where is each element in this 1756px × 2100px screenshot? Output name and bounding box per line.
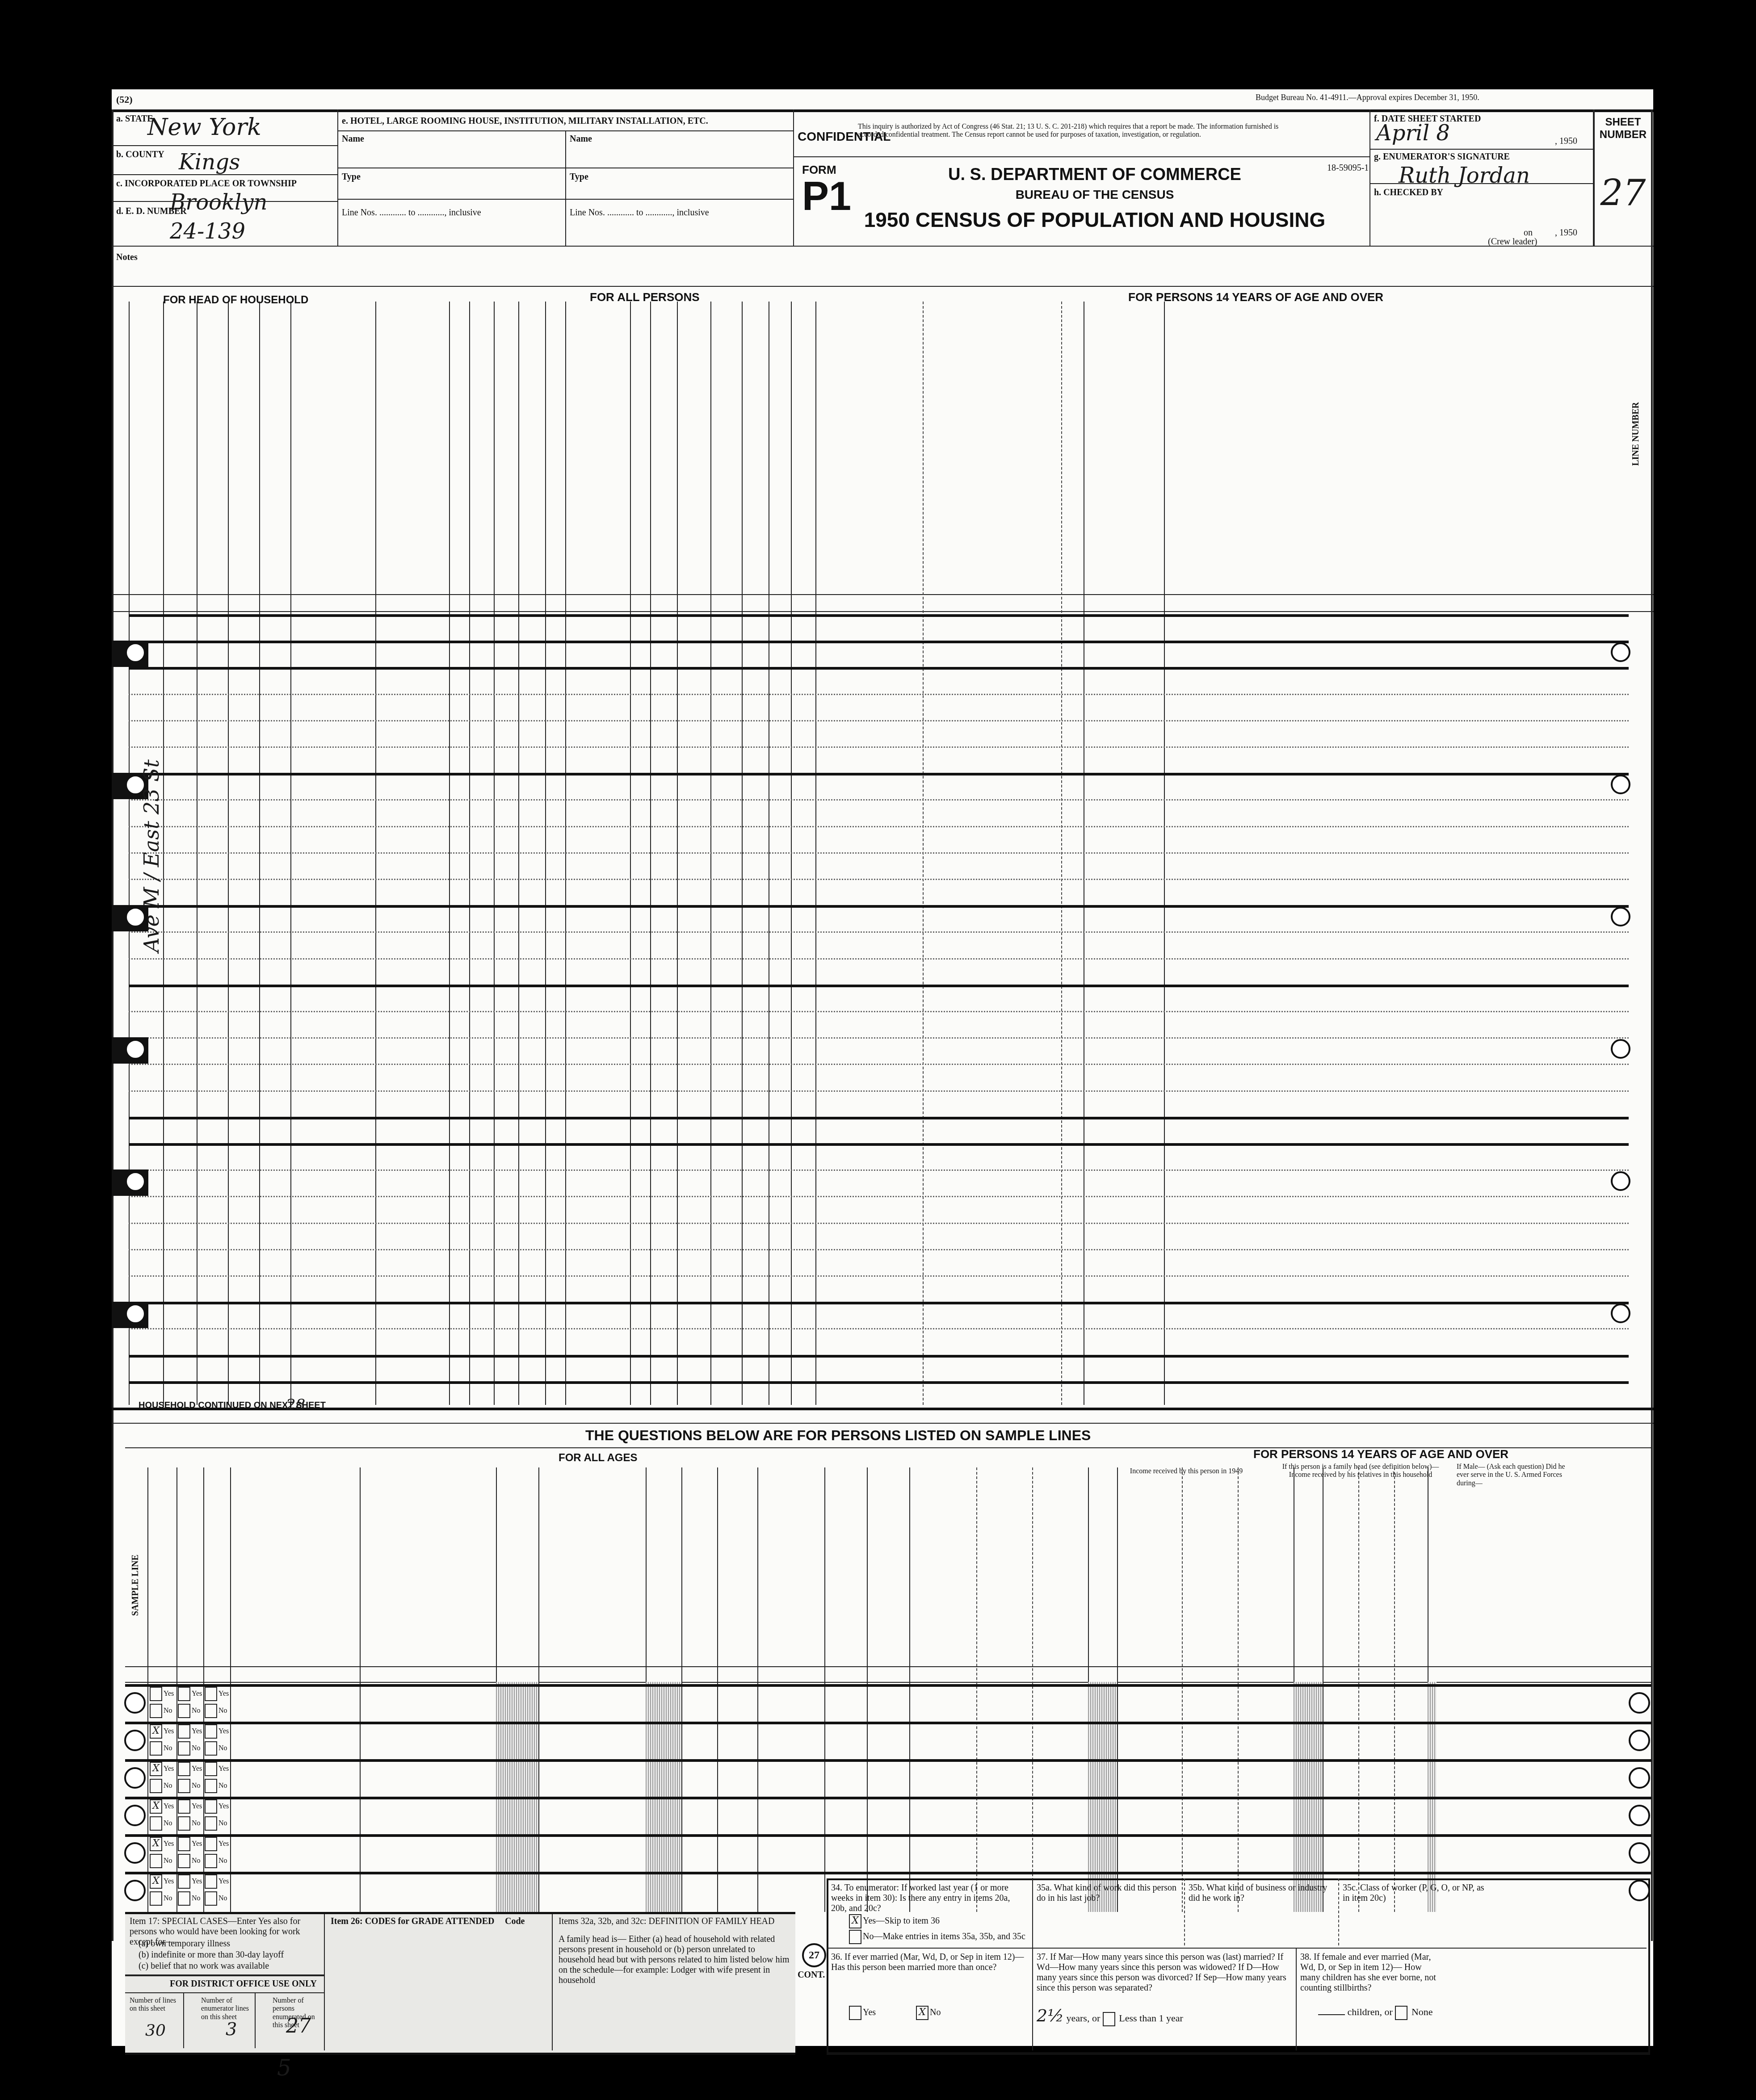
table-bottom <box>112 1408 1653 1410</box>
yes-option[interactable]: Yes <box>205 1799 229 1814</box>
no-checkbox[interactable] <box>205 1891 217 1906</box>
q36-yes-option[interactable]: Yes <box>849 2006 876 2020</box>
table-row[interactable] <box>112 879 1653 905</box>
yes-option[interactable]: Yes <box>205 1874 229 1889</box>
table-row[interactable] <box>112 1064 1653 1090</box>
table-row[interactable] <box>112 826 1653 852</box>
section-14-over: FOR PERSONS 14 YEARS OF AGE AND OVER <box>1128 290 1383 304</box>
q35c-text: 35c. Class of worker (P, G, O, or NP, as… <box>1343 1883 1486 1903</box>
household-continued-value: 28 <box>286 1396 305 1414</box>
table-row[interactable] <box>112 641 1653 667</box>
yes-option[interactable]: Yes <box>205 1724 229 1739</box>
cont-label: CONT. <box>798 1970 825 1980</box>
hotel-name-label-1: Name <box>342 134 364 144</box>
sample-line-badge <box>125 642 146 663</box>
form-code: 18-59095-1 <box>1327 163 1369 173</box>
table-row[interactable] <box>112 1328 1653 1354</box>
no-option[interactable]: No <box>178 1704 201 1718</box>
street-name: Ave M / East 23 St <box>139 759 164 952</box>
q34-yes-checkbox[interactable]: X <box>849 1914 861 1928</box>
no-option[interactable]: No <box>205 1891 227 1906</box>
q36-yes-checkbox[interactable] <box>849 2006 861 2020</box>
yes-label: Yes <box>164 1802 174 1810</box>
no-checkbox[interactable] <box>205 1741 217 1756</box>
yes-checkbox[interactable] <box>178 1724 190 1739</box>
yes-option[interactable]: Yes <box>178 1874 202 1889</box>
sample-line-badge-right <box>1629 1692 1650 1714</box>
special-case-c: (c) belief that no work was available <box>139 1961 269 1971</box>
sample-line-badge <box>124 1692 146 1714</box>
yes-label: Yes <box>164 1690 174 1698</box>
no-checkbox[interactable] <box>178 1854 190 1868</box>
grade-codes-code-header: Code <box>505 1916 525 1927</box>
hotel-type-label-2: Type <box>570 172 588 182</box>
yes-option[interactable]: XYes <box>150 1762 174 1776</box>
no-option[interactable]: No <box>178 1891 201 1906</box>
no-label: No <box>164 1819 172 1827</box>
no-checkbox[interactable] <box>205 1816 217 1831</box>
table-row[interactable] <box>112 667 1653 693</box>
q36-text: 36. If ever married (Mar, Wd, D, or Sep … <box>831 1952 1028 1973</box>
sample-line-badge <box>124 1730 146 1751</box>
no-label: No <box>218 1895 227 1902</box>
confidential-text: This inquiry is authorized by Act of Con… <box>858 123 1305 139</box>
line-nos-1: Line Nos. ............ to ............, … <box>342 208 481 218</box>
no-option[interactable]: No <box>205 1816 227 1831</box>
table-row[interactable] <box>112 1090 1653 1117</box>
sheet-number: 27 <box>1595 172 1651 214</box>
form-value: P1 <box>802 176 851 217</box>
no-option[interactable]: No <box>205 1704 227 1718</box>
table-row[interactable] <box>112 1223 1653 1249</box>
no-option[interactable]: No <box>150 1704 172 1718</box>
no-label: No <box>218 1782 227 1790</box>
table-row[interactable] <box>112 746 1653 773</box>
yes-label: Yes <box>164 1878 174 1885</box>
table-row[interactable] <box>112 1196 1653 1222</box>
for-all-ages: FOR ALL AGES <box>559 1452 637 1464</box>
yes-checkbox[interactable]: X <box>150 1874 162 1889</box>
date-year: , 1950 <box>1555 136 1577 147</box>
q37-years-value: 2½ <box>1037 2006 1064 2025</box>
table-row[interactable] <box>112 1275 1653 1302</box>
sample-line-badge <box>125 1304 146 1324</box>
yes-checkbox[interactable] <box>178 1837 190 1851</box>
page-title: 1950 CENSUS OF POPULATION AND HOUSING <box>862 208 1327 232</box>
ed-label: d. E. D. NUMBER <box>116 206 187 217</box>
district-persons-value: 27 <box>286 2015 311 2037</box>
page-mark: (52) <box>116 94 133 105</box>
hotel-name-label-2: Name <box>570 134 592 144</box>
ask-ques-badge <box>1611 907 1630 926</box>
table-row[interactable] <box>112 1037 1653 1064</box>
no-label: No <box>164 1707 172 1714</box>
q35b-text: 35b. What kind of business or industry d… <box>1189 1883 1336 1903</box>
notes-label: Notes <box>116 252 138 263</box>
q34-yes-option[interactable]: XYes—Skip to item 36 <box>849 1914 940 1928</box>
district-lines-label: Number of lines on this sheet <box>130 1997 179 2013</box>
q37-less-checkbox[interactable] <box>1103 2012 1115 2026</box>
yes-option[interactable]: XYes <box>150 1724 174 1739</box>
no-checkbox[interactable] <box>205 1854 217 1868</box>
no-option[interactable]: No <box>178 1741 201 1756</box>
table-row[interactable] <box>112 799 1653 826</box>
bottom-scrawl: 5 <box>277 2055 291 2081</box>
checked-year: , 1950 <box>1555 228 1577 238</box>
no-checkbox[interactable] <box>150 1779 162 1793</box>
yes-checkbox[interactable]: X <box>150 1799 162 1814</box>
dept-title: U. S. DEPARTMENT OF COMMERCE <box>894 165 1296 184</box>
no-label: No <box>218 1857 227 1865</box>
q38-children-field[interactable] <box>1318 2014 1345 2015</box>
yes-label: Yes <box>192 1727 202 1735</box>
no-label: No <box>192 1895 201 1902</box>
no-label: No <box>164 1857 172 1865</box>
no-checkbox[interactable] <box>178 1891 190 1906</box>
sample-line-badge <box>124 1842 146 1864</box>
no-label: No <box>192 1819 201 1827</box>
q36-no-checkbox[interactable]: X <box>916 2006 928 2020</box>
no-checkbox[interactable] <box>150 1704 162 1718</box>
sample-line-badge <box>125 1171 146 1192</box>
county-label: b. COUNTY <box>116 150 164 160</box>
table-row[interactable] <box>112 1011 1653 1037</box>
special-case-b: (b) indefinite or more than 30-day layof… <box>139 1950 284 1960</box>
no-option[interactable]: No <box>150 1854 172 1868</box>
table-row[interactable] <box>112 694 1653 720</box>
sample-line-badge-right <box>1629 1730 1650 1751</box>
sample-14-over: FOR PERSONS 14 YEARS OF AGE AND OVER <box>1253 1447 1508 1461</box>
no-checkbox[interactable] <box>150 1891 162 1906</box>
enumerator-signature: Ruth Jordan <box>1399 163 1530 188</box>
armed-forces-header: If Male— (Ask each question) Did he ever… <box>1457 1463 1568 1488</box>
no-checkbox[interactable] <box>178 1816 190 1831</box>
enumerator-label: g. ENUMERATOR'S SIGNATURE <box>1374 152 1510 162</box>
ed-value: 24-139 <box>170 219 245 244</box>
yes-checkbox[interactable]: X <box>150 1724 162 1739</box>
bureau-title: BUREAU OF THE CENSUS <box>894 188 1296 202</box>
no-label: No <box>164 1782 172 1790</box>
sample-section-title: THE QUESTIONS BELOW ARE FOR PERSONS LIST… <box>585 1427 1091 1444</box>
sheet-number-label: SHEET NUMBER <box>1595 116 1651 141</box>
no-option[interactable]: No <box>205 1854 227 1868</box>
no-option[interactable]: No <box>178 1779 201 1793</box>
sample-line-badge <box>125 1039 146 1060</box>
yes-checkbox[interactable]: X <box>150 1837 162 1851</box>
no-option[interactable]: No <box>205 1779 227 1793</box>
ask-ques-badge <box>1611 642 1630 662</box>
no-checkbox[interactable] <box>178 1704 190 1718</box>
table-row[interactable] <box>112 931 1653 958</box>
yes-option[interactable]: Yes <box>178 1837 202 1851</box>
no-option[interactable]: No <box>150 1891 172 1906</box>
district-title: FOR DISTRICT OFFICE USE ONLY <box>170 1979 317 1989</box>
sample-line-badge-right <box>1629 1805 1650 1826</box>
yes-option[interactable]: XYes <box>150 1799 174 1814</box>
table-row[interactable] <box>112 852 1653 879</box>
yes-label: Yes <box>164 1840 174 1848</box>
q38-answer: children, or None <box>1318 2006 1433 2020</box>
yes-option[interactable]: Yes <box>178 1799 202 1814</box>
yes-label: Yes <box>218 1765 229 1773</box>
yes-checkbox[interactable] <box>205 1762 217 1776</box>
yes-label: Yes <box>218 1802 229 1810</box>
no-checkbox[interactable] <box>150 1741 162 1756</box>
family-income-header: If this person is a family head (see def… <box>1273 1463 1448 1480</box>
q38-none-checkbox[interactable] <box>1395 2006 1407 2020</box>
yes-checkbox[interactable] <box>205 1874 217 1889</box>
sample-line-badge-right <box>1629 1767 1650 1789</box>
sample-row[interactable]: XYesNoYesNoYesNo <box>112 1759 1653 1797</box>
no-label: No <box>164 1895 172 1902</box>
table-row[interactable] <box>112 1249 1653 1275</box>
county-value: Kings <box>179 150 240 175</box>
ask-ques-badge <box>1611 1304 1630 1323</box>
sample-row[interactable]: XYesNoYesNoYesNo <box>112 1834 1653 1872</box>
sample-row[interactable]: XYesNoYesNoYesNo <box>112 1722 1653 1759</box>
q35a-text: 35a. What kind of work did this person d… <box>1037 1883 1180 1903</box>
table-row[interactable] <box>112 905 1653 931</box>
no-label: No <box>218 1744 227 1752</box>
yes-checkbox[interactable] <box>205 1724 217 1739</box>
no-label: No <box>218 1707 227 1714</box>
q34-no-option[interactable]: No—Make entries in items 35a, 35b, and 3… <box>849 1930 1025 1944</box>
table-row[interactable] <box>112 1169 1653 1196</box>
no-option[interactable]: No <box>150 1816 172 1831</box>
no-label: No <box>218 1819 227 1827</box>
no-checkbox[interactable] <box>178 1779 190 1793</box>
no-option[interactable]: No <box>150 1741 172 1756</box>
no-option[interactable]: No <box>178 1854 201 1868</box>
table-row[interactable] <box>112 1302 1653 1328</box>
state-value: New York <box>147 114 261 141</box>
no-label: No <box>192 1782 201 1790</box>
cont-badge: 27 <box>802 1943 826 1967</box>
sample-line-label: SAMPLE LINE <box>130 1555 141 1616</box>
ask-ques-badge <box>1611 1039 1630 1059</box>
table-row[interactable] <box>112 1381 1653 1408</box>
q36-no-option[interactable]: XNo <box>916 2006 941 2020</box>
table-row[interactable] <box>112 1117 1653 1143</box>
budget-note: Budget Bureau No. 41-4911.—Approval expi… <box>1256 93 1479 102</box>
date-value: April 8 <box>1376 121 1450 146</box>
crew-leader-label: (Crew leader) <box>1488 237 1538 247</box>
yes-option[interactable]: Yes <box>150 1687 174 1701</box>
q38-text: 38. If female and ever married (Mar, Wd,… <box>1300 1952 1443 1993</box>
yes-label: Yes <box>218 1690 229 1698</box>
sample-row[interactable]: XYesNoYesNoYesNo <box>112 1797 1653 1834</box>
checked-label: h. CHECKED BY <box>1374 188 1443 198</box>
family-head-text: A family head is— Either (a) head of hou… <box>559 1934 791 1986</box>
no-checkbox[interactable] <box>178 1741 190 1756</box>
yes-label: Yes <box>164 1727 174 1735</box>
no-label: No <box>192 1707 201 1714</box>
no-checkbox[interactable] <box>150 1854 162 1868</box>
no-option[interactable]: No <box>150 1779 172 1793</box>
hotel-label: e. HOTEL, LARGE ROOMING HOUSE, INSTITUTI… <box>342 116 708 126</box>
family-head-title: Items 32a, 32b, and 32c: DEFINITION OF F… <box>559 1916 791 1927</box>
yes-checkbox[interactable] <box>178 1799 190 1814</box>
yes-option[interactable]: Yes <box>178 1724 202 1739</box>
table-row[interactable] <box>112 985 1653 1011</box>
yes-option[interactable]: XYes <box>150 1874 174 1889</box>
yes-checkbox[interactable] <box>205 1687 217 1701</box>
yes-label: Yes <box>164 1765 174 1773</box>
no-label: No <box>164 1744 172 1752</box>
yes-label: Yes <box>192 1690 202 1698</box>
yes-option[interactable]: Yes <box>205 1762 229 1776</box>
q34-text: 34. To enumerator: If worked last year (… <box>831 1883 1028 1914</box>
yes-label: Yes <box>192 1802 202 1810</box>
sample-line-badge <box>124 1767 146 1789</box>
yes-checkbox[interactable] <box>205 1799 217 1814</box>
yes-label: Yes <box>192 1878 202 1885</box>
line-number-label-right: LINE NUMBER <box>1631 402 1641 466</box>
district-enum-value: 3 <box>226 2019 237 2040</box>
sample-line-badge <box>124 1880 146 1901</box>
yes-checkbox[interactable] <box>178 1874 190 1889</box>
yes-option[interactable]: XYes <box>150 1837 174 1851</box>
ask-ques-badge <box>1611 775 1630 794</box>
no-checkbox[interactable] <box>205 1779 217 1793</box>
no-label: No <box>192 1744 201 1752</box>
table-row[interactable] <box>112 1355 1653 1381</box>
sample-line-badge-right <box>1629 1842 1650 1864</box>
yes-checkbox[interactable] <box>178 1762 190 1776</box>
no-label: No <box>192 1857 201 1865</box>
no-option[interactable]: No <box>205 1741 227 1756</box>
yes-label: Yes <box>218 1878 229 1885</box>
line-nos-2: Line Nos. ............ to ............, … <box>570 208 709 218</box>
section-head-household: FOR HEAD OF HOUSEHOLD <box>163 294 308 306</box>
table-row[interactable] <box>112 1143 1653 1169</box>
yes-label: Yes <box>192 1765 202 1773</box>
yes-option[interactable]: Yes <box>178 1762 202 1776</box>
q37-answer: 2½ years, or Less than 1 year <box>1037 2006 1183 2026</box>
table-row[interactable] <box>112 614 1653 641</box>
district-lines-value: 30 <box>145 2021 166 2040</box>
table-row[interactable] <box>112 773 1653 799</box>
table-row[interactable] <box>112 958 1653 985</box>
yes-label: Yes <box>192 1840 202 1848</box>
yes-checkbox[interactable] <box>150 1687 162 1701</box>
yes-label: Yes <box>218 1840 229 1848</box>
no-checkbox[interactable] <box>205 1704 217 1718</box>
yes-checkbox[interactable] <box>178 1687 190 1701</box>
yes-option[interactable]: Yes <box>205 1837 229 1851</box>
yes-option[interactable]: Yes <box>205 1687 229 1701</box>
q37-text: 37. If Mar—How many years since this per… <box>1037 1952 1291 1993</box>
district-enum-label: Number of enumerator lines on this sheet <box>201 1997 250 2021</box>
hotel-type-label-1: Type <box>342 172 361 182</box>
section-all-persons: FOR ALL PERSONS <box>590 290 700 304</box>
no-checkbox[interactable] <box>150 1816 162 1831</box>
income-header: Income received by this person in 1949 <box>1104 1467 1269 1475</box>
table-row[interactable] <box>112 720 1653 746</box>
census-sheet: (52) Budget Bureau No. 41-4911.—Approval… <box>112 89 1653 2046</box>
yes-checkbox[interactable]: X <box>150 1762 162 1776</box>
sample-row[interactable]: YesNoYesNoYesNo <box>112 1684 1653 1722</box>
ask-ques-badge <box>1611 1171 1630 1191</box>
yes-checkbox[interactable] <box>205 1837 217 1851</box>
yes-option[interactable]: Yes <box>178 1687 202 1701</box>
no-option[interactable]: No <box>178 1816 201 1831</box>
sample-line-badge <box>124 1805 146 1826</box>
special-case-a: (a) own temporary illness <box>139 1939 230 1949</box>
place-label: c. INCORPORATED PLACE OR TOWNSHIP <box>116 179 297 189</box>
yes-label: Yes <box>218 1727 229 1735</box>
q34-no-checkbox[interactable] <box>849 1930 861 1944</box>
grade-codes-title: Item 26: CODES for GRADE ATTENDED <box>331 1916 495 1927</box>
